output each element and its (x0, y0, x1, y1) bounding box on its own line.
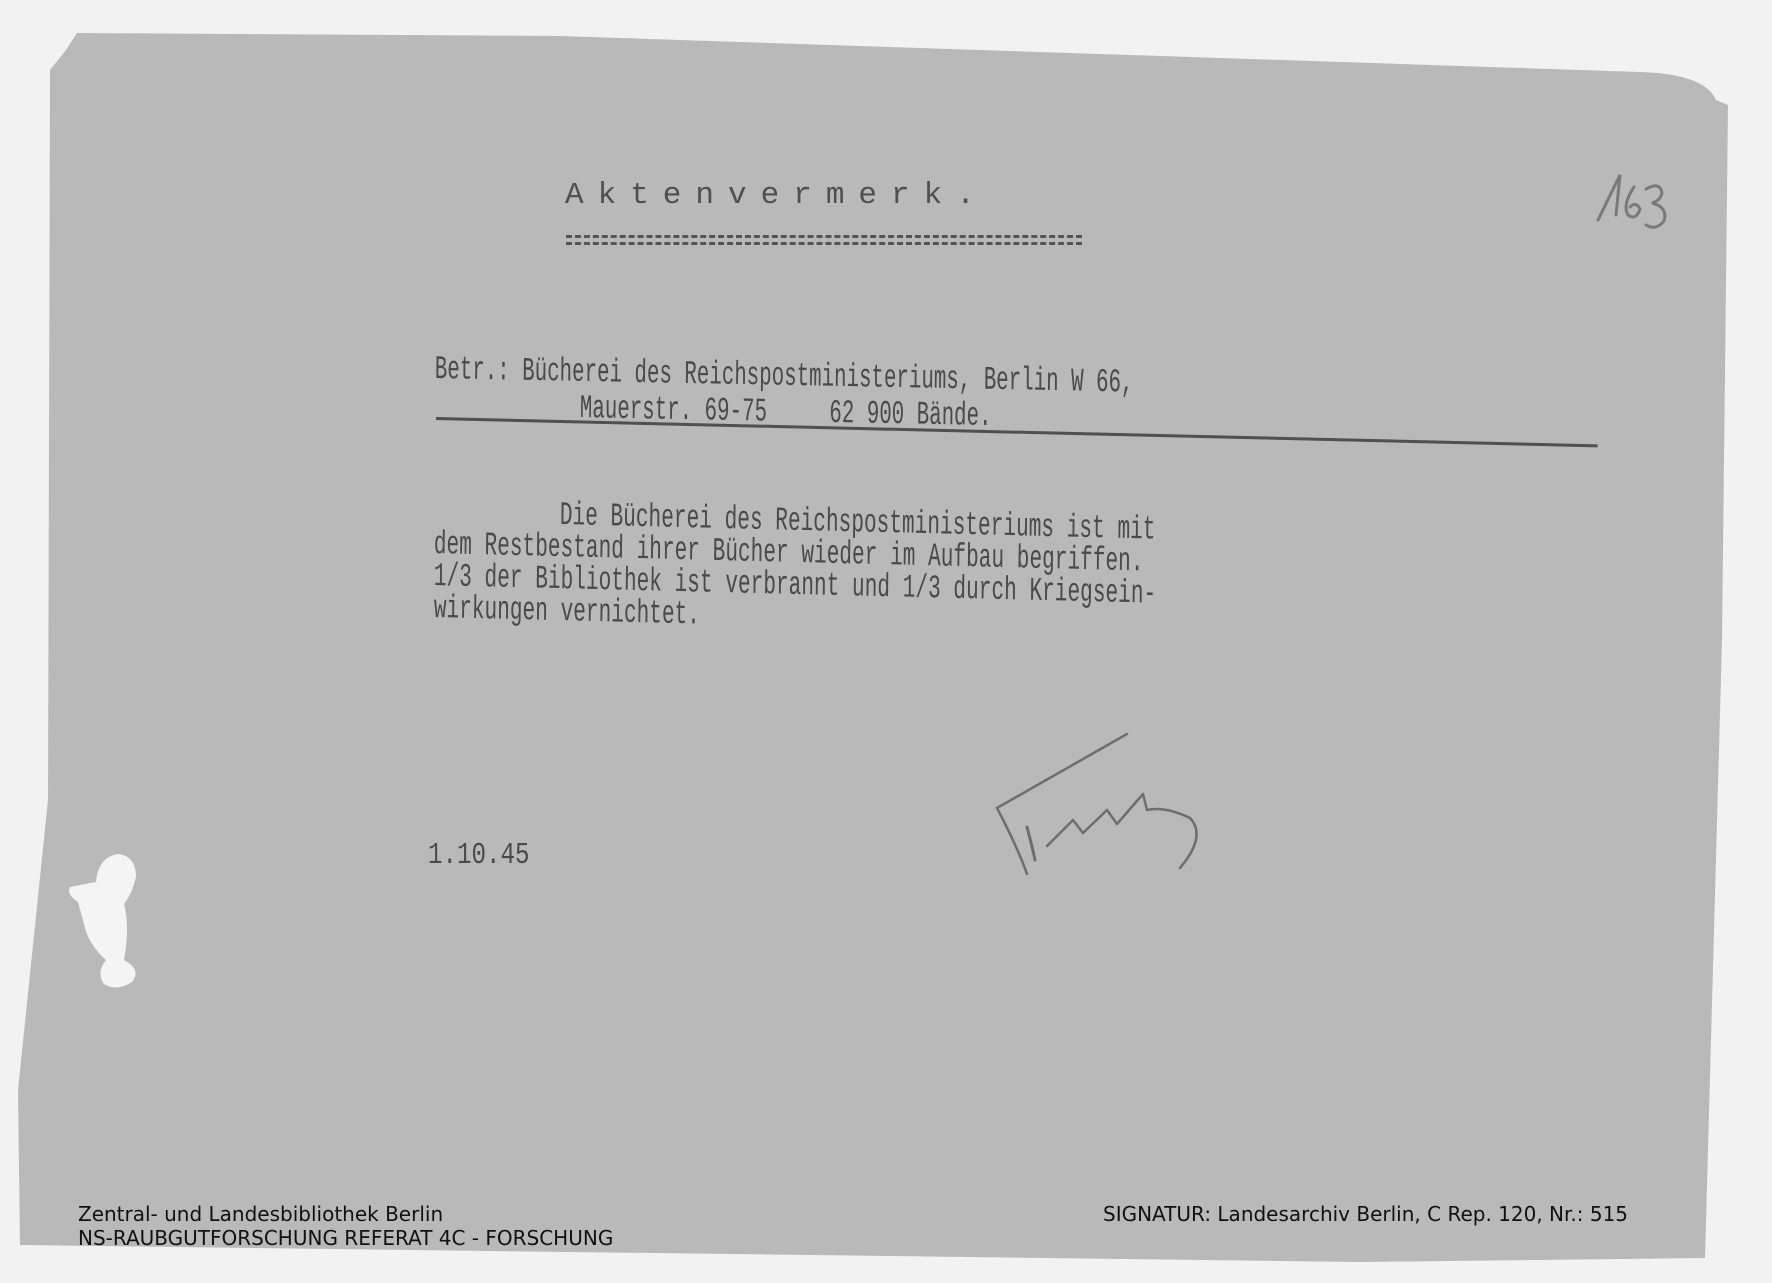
institution-name: Zentral- und Landesbibliothek Berlin (78, 1202, 613, 1226)
handwritten-signature (975, 730, 1210, 875)
folio-number: 163 (1590, 165, 1680, 240)
footer-institution: Zentral- und Landesbibliothek Berlin NS-… (78, 1202, 613, 1250)
title-double-underline (566, 235, 1082, 245)
document-title: Aktenvermerk. (565, 178, 989, 213)
department-name: NS-RAUBGUTFORSCHUNG REFERAT 4C - FORSCHU… (78, 1226, 613, 1250)
archive-signature: SIGNATUR: Landesarchiv Berlin, C Rep. 12… (1103, 1202, 1628, 1226)
punch-hole (58, 832, 158, 992)
document-date: 1.10.45 (428, 838, 530, 873)
body-line: wirkungen vernichtet. (434, 590, 700, 634)
